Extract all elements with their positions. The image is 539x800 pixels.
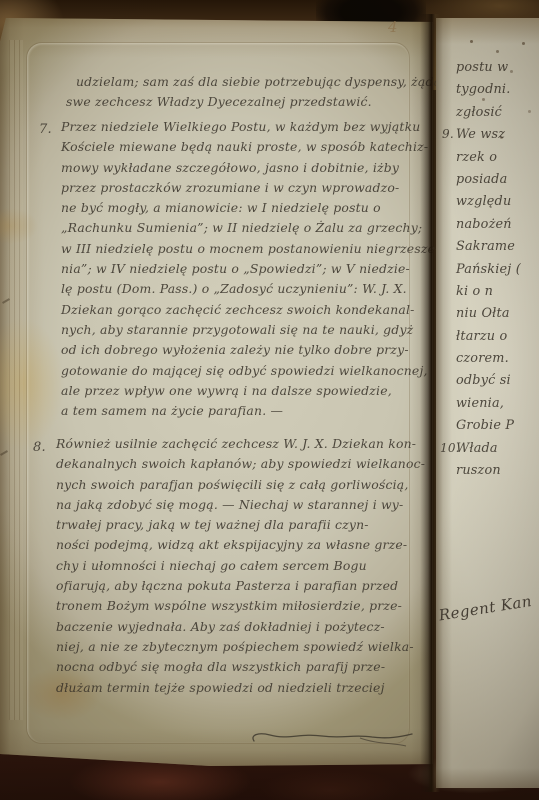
text-line: dekanalnych swoich kapłanów; aby spowied…	[56, 456, 425, 476]
text-line: ruszon	[456, 463, 521, 485]
item-9-number: 9.	[442, 127, 454, 141]
item-8-paragraph: Również usilnie zachęcić zechcesz W. J. …	[56, 436, 425, 700]
text-line: postu w	[456, 60, 521, 82]
text-line: Przez niedziele Wielkiego Postu, w każdy…	[61, 119, 440, 139]
text-line: 10.Włada	[456, 441, 521, 463]
text-line: Dziekan gorąco zachęcić zechcesz swoich …	[61, 302, 440, 322]
text-fragment: Włada	[456, 441, 498, 456]
text-line: w III niedzielę postu o mocnem postanowi…	[61, 241, 440, 261]
text-line: na jaką zdobyć się mogą. — Niechaj w sta…	[56, 497, 425, 517]
text-line: łtarzu o	[456, 329, 521, 351]
text-line: od ich dobrego wyłożenia zależy nie tylk…	[61, 342, 440, 362]
text-line: nych, aby starannie przygotowali się na …	[61, 322, 440, 342]
text-line: Pańskiej (	[456, 262, 521, 284]
text-line: Również usilnie zachęcić zechcesz W. J. …	[56, 436, 425, 456]
text-line: nabożeń	[456, 217, 521, 239]
text-line: niu Ołta	[456, 306, 521, 328]
text-fragment: We wsz	[456, 127, 505, 142]
text-line: swe zechcesz Władzy Dyecezalnej przedsta…	[66, 94, 461, 114]
page-number: 4	[388, 18, 398, 36]
text-line: tronem Bożym wspólne wszystkim miłosierd…	[56, 598, 425, 618]
text-line: gotowanie do mającej się odbyć spowiedzi…	[61, 363, 440, 383]
text-line: baczenie wyjednała. Aby zaś dokładniej i…	[56, 619, 425, 639]
item-7-number: 7.	[39, 122, 52, 137]
text-line: Sakrame	[456, 239, 521, 261]
text-line: chy i ułomności i niechaj go całem serce…	[56, 558, 425, 578]
text-line: udzielam; sam zaś dla siebie potrzebując…	[76, 74, 461, 94]
right-page-text: postu w tygodni. zgłosić 9.We wsz rzek o…	[456, 60, 521, 485]
manuscript-photo: 4 udzielam; sam zaś dla siebie potrzebuj…	[0, 0, 539, 800]
text-line: nych swoich parafjan poświęcili się z ca…	[56, 477, 425, 497]
text-line: „Rachunku Sumienia”; w II niedzielę o Ża…	[61, 220, 440, 240]
text-line: ności podejmą, widzą akt ekspijacyjny za…	[56, 537, 425, 557]
text-line: ale przez wpływ one wywrą i na dalsze sp…	[61, 383, 440, 403]
text-line: rzek o	[456, 150, 521, 172]
text-line: dłużam termin tejże spowiedzi od niedzie…	[56, 680, 425, 700]
item-8-number: 8.	[33, 440, 46, 455]
text-line: nia”; w IV niedzielę postu o „Spowiedzi”…	[61, 261, 440, 281]
text-line: 9.We wsz	[456, 127, 521, 149]
text-line: czorem.	[456, 351, 521, 373]
text-line: lę postu (Dom. Pass.) o „Zadosyć uczynie…	[61, 281, 440, 301]
text-line: ne być mogły, a mianowicie: w I niedziel…	[61, 200, 440, 220]
text-line: Kościele miewane będą nauki proste, w sp…	[61, 139, 440, 159]
text-line: posiada	[456, 172, 521, 194]
text-line: przez prostaczków zrozumiane i w czyn wp…	[61, 180, 440, 200]
text-line: wienia,	[456, 396, 521, 418]
item-7-paragraph: Przez niedziele Wielkiego Postu, w każdy…	[61, 119, 440, 423]
text-line: względu	[456, 194, 521, 216]
item-10-number: 10.	[440, 441, 460, 455]
page-stack-edges	[9, 40, 23, 720]
text-line: ofiarują, aby łączna pokuta Pasterza i p…	[56, 578, 425, 598]
flourish-line	[248, 726, 418, 752]
text-line: Grobie P	[456, 418, 521, 440]
text-line: trwałej pracy, jaką w tej ważnej dla par…	[56, 517, 425, 537]
text-line: ki o n	[456, 284, 521, 306]
foxing-spots	[470, 40, 473, 43]
text-line: nocna odbyć się mogła dla wszystkich par…	[56, 659, 425, 679]
text-line: odbyć si	[456, 373, 521, 395]
text-line: mowy wykładane szczegółowo, jasno i dobi…	[61, 160, 440, 180]
text-line: niej, a nie ze zbytecznym pośpiechem spo…	[56, 639, 425, 659]
text-line: zgłosić	[456, 105, 521, 127]
text-line: tygodni.	[456, 82, 521, 104]
text-line: a tem samem na życie parafian. —	[61, 403, 440, 423]
intro-paragraph: udzielam; sam zaś dla siebie potrzebując…	[76, 74, 461, 115]
